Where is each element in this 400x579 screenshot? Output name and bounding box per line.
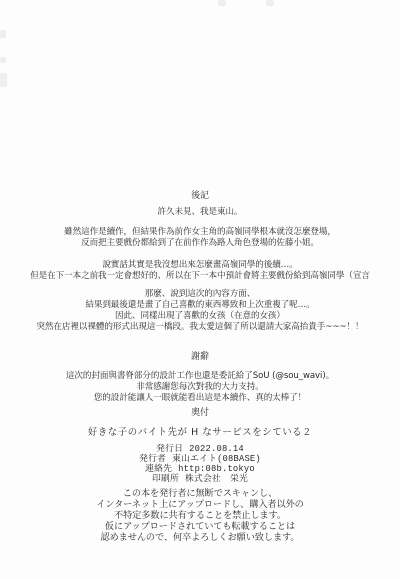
afterword-line: 反而把主要戲份都給到了在前作作為路人角色登場的佐藤小姐。 bbox=[0, 238, 400, 249]
afterword-line: 說實話其實是我沒想出來怎麼畫高嶺同學的後續…。 bbox=[0, 260, 400, 271]
acknowledgements-line: 非常感謝您每次對我的大力支持。 bbox=[0, 382, 400, 393]
field-label: 発行者 bbox=[139, 454, 166, 464]
copyright-notice-line: 認めませんので、何卒よろしくお願い致します。 bbox=[0, 532, 400, 543]
copyright-notice-line: 不特定多数に共有することを禁止します。 bbox=[0, 510, 400, 521]
afterword-line: 突然在店裡以裸體的形式出現這一橋段。我太愛這個了所以還請大家高抬貴手~~~！！ bbox=[0, 322, 400, 333]
book-title: 好きな子のバイト先が H なサービスをシている２ bbox=[0, 427, 400, 438]
scan-smudge bbox=[0, 30, 6, 38]
field-value: 東山エイト(08BASE) bbox=[172, 454, 261, 464]
scan-smudge bbox=[218, 0, 226, 6]
colophon-heading: 奧付 bbox=[0, 408, 400, 419]
afterword-greeting: 許久未見、我是東山。 bbox=[0, 207, 400, 218]
afterword-line: 但是在下一本之前我一定會想好的、所以在下一本中預計會將主要戲份給到高嶺同學（宣言 bbox=[0, 271, 400, 282]
acknowledgements-line: 這次的封面與書脊部分的設計工作也還是委託給了SoU (@sou_wavi)。 bbox=[0, 371, 400, 382]
scan-smudge bbox=[266, 0, 274, 6]
field-value: 2022.08.14 bbox=[189, 444, 244, 454]
afterword-line: 雖然這作是續作，但結果作為前作女主角的高嶺同學根本就沒怎麼登場， bbox=[0, 227, 400, 238]
afterword-line: 因此、同樣出現了喜歡的女孩（在意的女孩） bbox=[0, 311, 400, 322]
field-value: http:08b.tokyo bbox=[178, 464, 255, 474]
colophon-field-printer: 印刷所 株式会社 栄光 bbox=[0, 474, 400, 485]
scan-smudge bbox=[0, 57, 6, 63]
field-value: 株式会社 栄光 bbox=[185, 474, 248, 484]
acknowledgements-heading: 謝辭 bbox=[0, 352, 400, 363]
copyright-notice-line: この本を発行者に無断でスキャンし、 bbox=[0, 488, 400, 499]
field-label: 発行日 bbox=[156, 444, 183, 454]
afterword-heading: 後記 bbox=[0, 191, 400, 202]
copyright-notice-line: 仮にアップロードされていても転載することは bbox=[0, 521, 400, 532]
copyright-notice-line: インターネット上にアップロードし、購入者以外の bbox=[0, 499, 400, 510]
acknowledgements-line: 您的設計能讓人一眼就能看出這是本續作、真的太棒了！ bbox=[0, 393, 400, 404]
field-label: 連絡先 bbox=[145, 464, 172, 474]
afterword-line: 那麼、說到這次的內容方面、 bbox=[0, 289, 400, 300]
scan-smudge bbox=[0, 73, 7, 87]
afterword-line: 結果到最後還是畫了自己喜歡的東西導致和上次重複了呢…。 bbox=[0, 300, 400, 311]
field-label: 印刷所 bbox=[152, 474, 179, 484]
